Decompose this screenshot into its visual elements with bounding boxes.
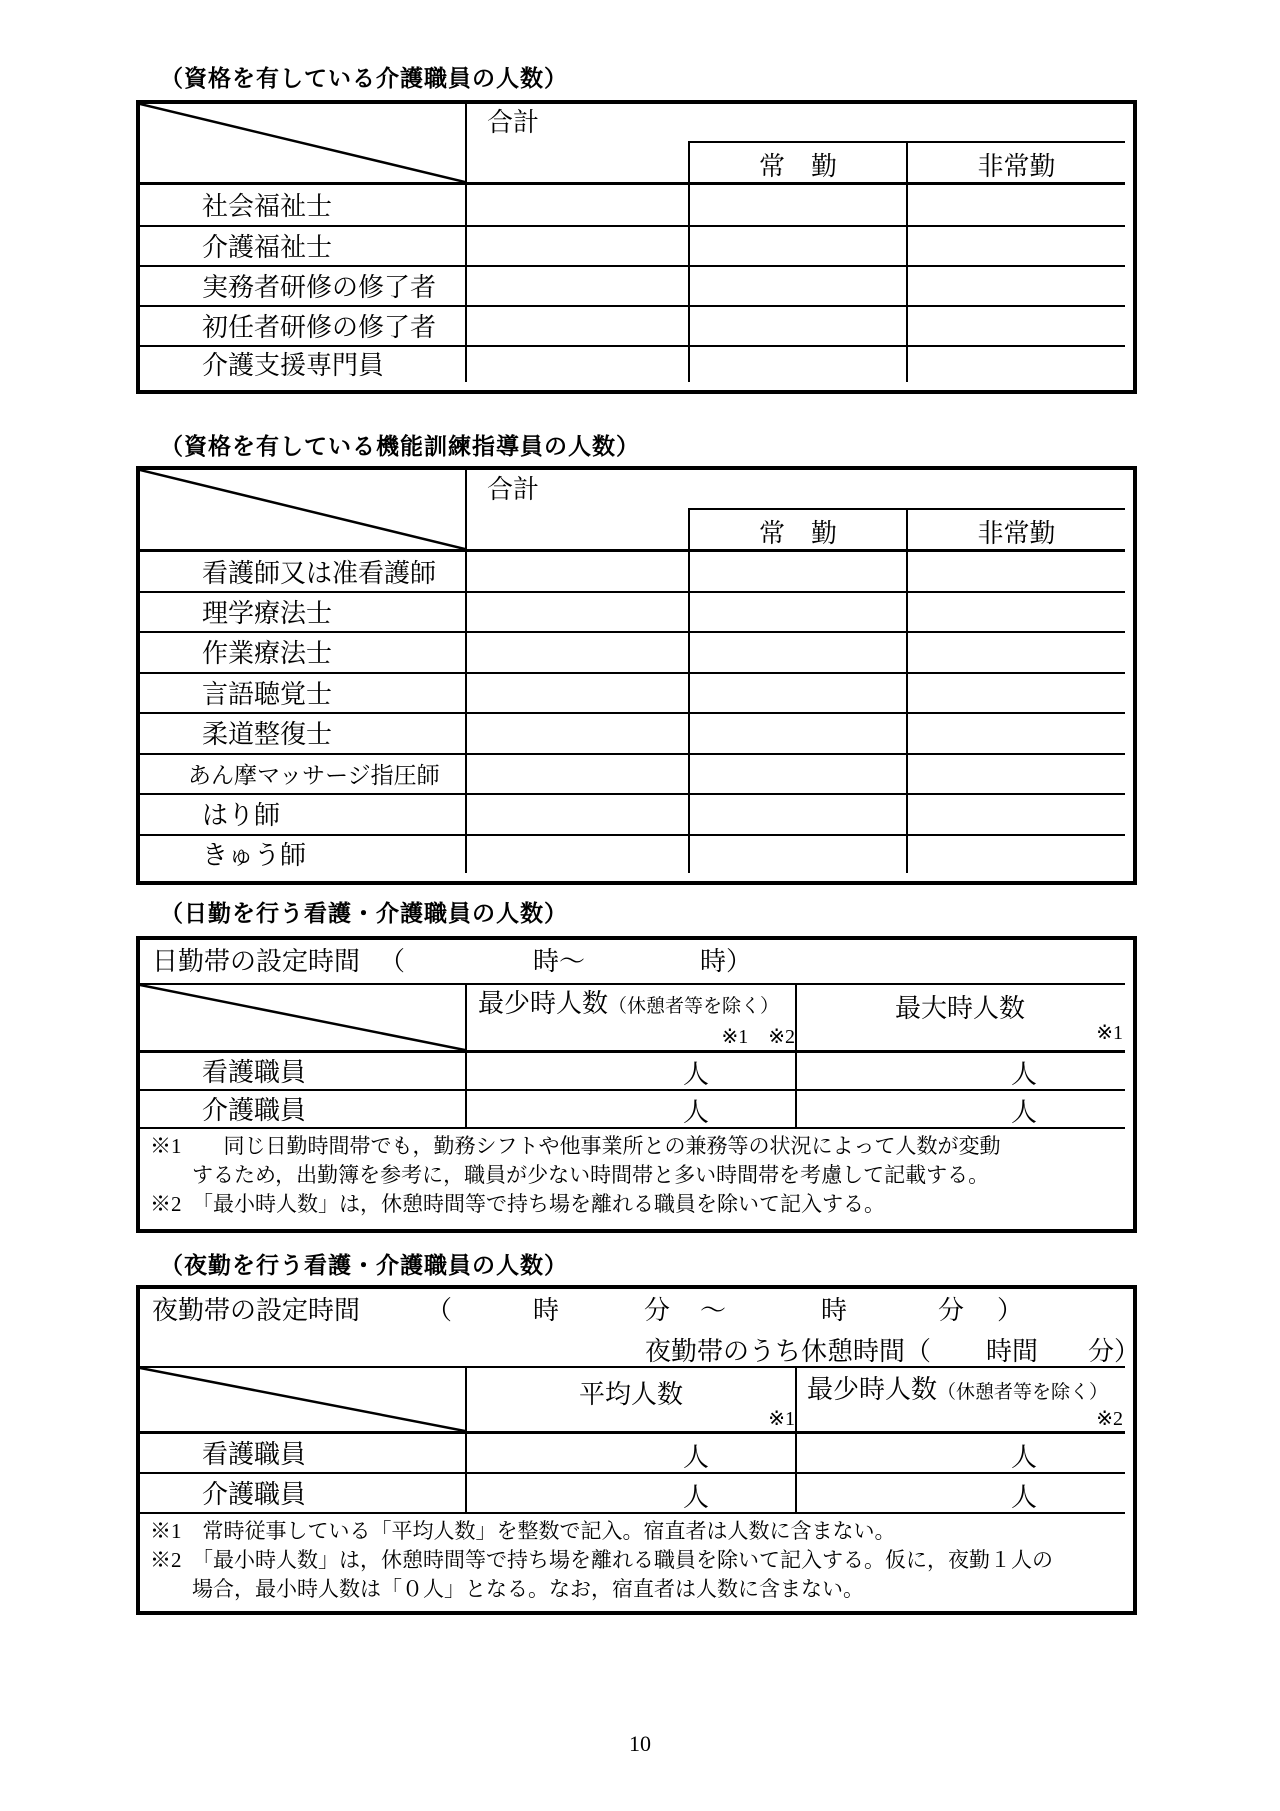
column-divider xyxy=(906,508,908,873)
day-time-mid: 時～ xyxy=(533,946,585,978)
page-number: 10 xyxy=(0,1731,1280,1757)
column-divider xyxy=(465,104,467,382)
row-label: 初任者研修の修了者 xyxy=(202,305,436,345)
subheader-top-border xyxy=(688,141,1125,143)
night-time-min1: 分 xyxy=(644,1295,670,1327)
diagonal-line xyxy=(140,104,465,182)
section-title-qualified-care-staff: （資格を有している介護職員の人数） xyxy=(160,64,568,92)
min-staff-refs: ※1 ※2 xyxy=(467,1020,807,1049)
max-staff-refs: ※1 xyxy=(797,1020,1153,1045)
min-staff-header-note: （休憩者等を除く） xyxy=(937,1382,1108,1403)
row-label: 言語聴覚士 xyxy=(202,672,332,712)
row-label: きゅう師 xyxy=(202,834,306,873)
row-label: はり師 xyxy=(202,793,280,834)
night-break-hour: 時間 xyxy=(986,1336,1038,1368)
note-line: ※2 「最小時人数」は，休憩時間等で持ち場を離れる職員を除いて記入する。 xyxy=(150,1191,885,1217)
fulltime-header: 常 勤 xyxy=(690,513,906,550)
night-time-hour2: 時 xyxy=(821,1295,847,1327)
document-page: （資格を有している介護職員の人数） 合計 常 勤 非常勤 社会福祉士 介護福祉士… xyxy=(0,0,1280,1811)
unit-cell: 人 xyxy=(797,1054,1125,1091)
min-staff-header: 最少時人数（休憩者等を除く） xyxy=(478,988,779,1023)
unit-cell: 人 xyxy=(797,1092,1125,1129)
section-title-qualified-trainers: （資格を有している機能訓練指導員の人数） xyxy=(160,432,640,460)
parttime-header: 非常勤 xyxy=(908,513,1125,550)
diagonal-line xyxy=(140,1368,465,1431)
section-title-night-shift: （夜勤を行う看護・介護職員の人数） xyxy=(160,1251,568,1279)
row-label: 介護職員 xyxy=(202,1472,306,1512)
day-time-label: 日勤帯の設定時間 xyxy=(152,946,360,978)
total-header: 合計 xyxy=(487,474,539,506)
min-staff-header-note: （休憩者等を除く） xyxy=(608,996,779,1017)
unit-cell: 人 xyxy=(467,1477,797,1514)
row-label: 看護師又は准看護師 xyxy=(202,551,436,591)
unit-cell: 人 xyxy=(467,1092,797,1129)
min-staff-header-main: 最少時人数 xyxy=(478,989,608,1018)
night-time-close-paren: ） xyxy=(997,1295,1023,1327)
night-time-label: 夜勤帯の設定時間 xyxy=(152,1295,360,1327)
unit-cell: 人 xyxy=(797,1437,1125,1474)
row-label: 介護支援専門員 xyxy=(202,345,384,382)
unit-cell: 人 xyxy=(467,1437,797,1474)
note-line: 場合，最小時人数は「０人」となる。なお，宿直者は人数に含まない。 xyxy=(150,1576,864,1602)
row-label: 柔道整復士 xyxy=(202,712,332,753)
row-label: 介護職員 xyxy=(202,1089,306,1127)
diagonal-line xyxy=(140,985,465,1050)
note-line: ※1 常時従事している「平均人数」を整数で記入。宿直者は人数に含まない。 xyxy=(150,1518,896,1544)
total-header: 合計 xyxy=(487,107,539,139)
subheader-top-border xyxy=(688,508,1125,510)
min-staff-refs: ※2 xyxy=(797,1406,1158,1431)
row-label: 実務者研修の修了者 xyxy=(202,265,436,305)
day-time-close: 時） xyxy=(700,946,752,978)
column-divider xyxy=(688,508,690,873)
unit-cell: 人 xyxy=(467,1054,797,1091)
day-time-open-paren: （ xyxy=(379,946,405,978)
row-divider xyxy=(140,793,1125,795)
section-title-day-shift: （日勤を行う看護・介護職員の人数） xyxy=(160,899,568,927)
night-break-min: 分） xyxy=(1088,1336,1140,1368)
fulltime-header: 常 勤 xyxy=(690,146,906,183)
night-time-min2: 分 xyxy=(938,1295,964,1327)
note-line: するため，出勤簿を参考に，職員が少ない時間帯と多い時間帯を考慮して記載する。 xyxy=(150,1162,989,1188)
diagonal-line xyxy=(140,470,465,549)
night-break-label: 夜勤帯のうち休憩時間（ xyxy=(645,1336,931,1368)
parttime-header: 非常勤 xyxy=(908,146,1125,183)
unit-cell: 人 xyxy=(797,1477,1125,1514)
row-label: 介護福祉士 xyxy=(202,225,332,265)
night-time-tilde: ～ xyxy=(700,1295,726,1327)
row-label: 理学療法士 xyxy=(202,591,332,631)
row-label: 作業療法士 xyxy=(202,631,332,672)
night-time-hour1: 時 xyxy=(533,1295,559,1327)
min-staff-header: 最少時人数（休憩者等を除く） xyxy=(807,1374,1108,1409)
night-time-open-paren: （ xyxy=(426,1295,452,1327)
note-line: ※2 「最小時人数」は，休憩時間等で持ち場を離れる職員を除いて記入する。仮に，夜… xyxy=(150,1547,1053,1573)
row-label: 看護職員 xyxy=(202,1051,306,1089)
row-label: 社会福祉士 xyxy=(202,184,332,224)
row-label: あん摩マッサージ指圧師 xyxy=(188,753,440,793)
note-line: ※1 同じ日勤時間帯でも，勤務シフトや他事業所との兼務等の状況によって人数が変動 xyxy=(150,1133,1001,1159)
row-label: 看護職員 xyxy=(202,1432,306,1472)
min-staff-header-main: 最少時人数 xyxy=(807,1375,937,1404)
